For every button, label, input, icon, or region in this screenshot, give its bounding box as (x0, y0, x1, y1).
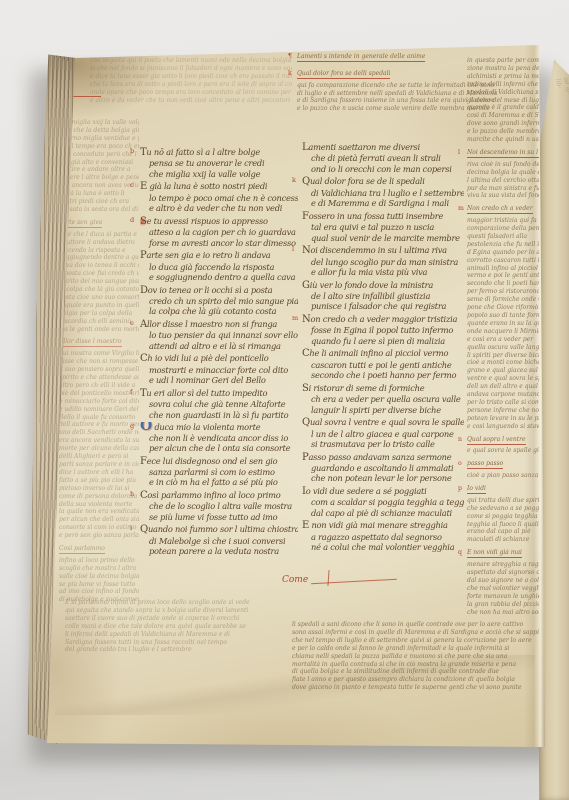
verse-line: attendi ad altro e ei là si rimanga (140, 341, 298, 351)
verse-line: cascaron tutti e poi le genti antiche (302, 360, 464, 370)
catchword-flourish-line (311, 579, 397, 585)
verse-line: qual suol venir de le marcite membre (302, 233, 464, 243)
verse-line: del lungo scoglio pur da man sinistra (302, 257, 464, 267)
gloss-line: valle cioè la decima bolgia (59, 573, 139, 581)
tercet: Parte sen gia e io retro li andavalo duc… (140, 250, 298, 282)
left-margin-gloss: che miglia xxij la valle volgecioè che l… (59, 119, 139, 617)
gloss-line: l auttore li andava dietro (59, 239, 139, 247)
verse-line: lo duca già faccendo la risposta (140, 262, 298, 272)
gloss-line: del grande caldo tra l luglio e l settem… (65, 646, 315, 654)
gloss-line: e dice la luna esser già sotto li loro p… (90, 73, 292, 81)
gloss-line: delli Alighieri e però si (59, 453, 139, 461)
verse-line: Lamenti saettaron me diversi (302, 142, 464, 153)
gloss-line: quante erano in su la quercia (467, 320, 539, 328)
gloss-line: erano dal capo al piè (467, 528, 539, 536)
verse-line: e soggiugnendo dentro a quella cava (140, 272, 298, 282)
verse-line: Se tu avessi rispuos io appresso (140, 216, 298, 227)
tercet: mNon credo ch a veder maggior tristiziaf… (302, 314, 464, 346)
gloss-lemma: Qual dolor fora se delli spedali (297, 70, 390, 79)
gloss-line: faccendo la risposta e (59, 247, 139, 255)
verse-line: E già la luna è sotto nostri piedi (140, 181, 298, 192)
gloss-line: seme di formiche onde Ovidio (467, 296, 539, 304)
gloss-line: pestolenzia che fu nell isola (467, 241, 539, 249)
gloss-line: potean levare in su le piante (467, 415, 539, 423)
gloss-line: piè del ponticello mostrarlo (59, 390, 139, 398)
tercet-reference-letter: h (130, 489, 134, 499)
verse-line: quando fu l aere sì pien di malizia (302, 336, 464, 346)
gloss-line: sono assai infermi e così in quelle di M… (292, 629, 539, 637)
verse-line: Noi discendemmo in su l ultima riva (302, 245, 464, 256)
tercet: Fece lui disdegnoso ond el sen giosanza … (140, 456, 298, 488)
gloss-block: in questa parte per comparazione mostra … (467, 57, 539, 144)
gloss-line: sì che nel fondo si puniscono li falsado… (90, 65, 292, 73)
tercet: lNoi discendemmo in su l ultima rivadel … (302, 245, 464, 277)
gloss-line: viva la sua vista del fondo (467, 192, 539, 200)
tercet-reference-letter: f (130, 387, 132, 397)
verse-initial: C (140, 353, 147, 364)
gloss-line: Sardigna fossero tutti in una fossa racc… (65, 639, 315, 647)
reference-letter: n (458, 436, 462, 444)
gloss-block: qE non vidi già maimenare stregghia a ra… (467, 549, 539, 616)
gloss-line: che nel tempo di luglio e di settembre q… (292, 637, 539, 645)
verse-initial: Q (302, 176, 310, 187)
gloss-line: saettare il cuore suo di pietade onde si… (65, 615, 315, 623)
verse-initial: C (302, 348, 309, 359)
verse-initial: P (302, 452, 308, 463)
gloss-line: spedali di Valdichiana si (467, 89, 539, 97)
gloss-line: popolo suo di tante formiche (467, 312, 539, 320)
verse-line: sovra colui che già tenne Altaforte (140, 399, 298, 409)
verse-initial: P (140, 250, 146, 261)
gloss-line: dice l auttore ch elli l ha (59, 469, 139, 477)
verse-line: Quando noi fummo sor l ultima chiostra (140, 524, 298, 535)
manuscript-photo: { "meta": { "description": "Photograph o… (0, 0, 569, 800)
gloss-line: ad imo cioè infino al fondo (59, 588, 139, 596)
gloss-line: spirito del mio sangue pianga (59, 278, 139, 286)
gloss-line: e già la luna è sotto li (59, 190, 139, 198)
tercet: gO duca mio la violenta morteche non li … (140, 422, 298, 453)
tercet-reference-letter: l (292, 244, 294, 254)
gloss-line: e minacciarlo forte col dito (59, 398, 139, 406)
gloss-lemma: Non credo ch a veder (467, 205, 533, 214)
gloss-line: disse che non si rompesse più (59, 358, 139, 366)
gloss-lemma: Noi descendemo in su l ultima (467, 149, 539, 158)
gloss-line: maculati di schianze (467, 536, 539, 544)
gloss-line: alchimisti e prima la molti (467, 73, 539, 81)
gloss-line: partire e andare oltre a (59, 166, 139, 174)
gloss-block: opasso passocioè a pian passo sanza serm… (467, 460, 539, 480)
verse-line: ch era a veder per quella oscura valle (302, 394, 464, 404)
verse-line: Ch io vidi lui a piè del ponticello (140, 353, 298, 364)
gloss-line: soggiugnendo dentro a quella (59, 254, 139, 262)
gloss-line: il quale era punito in quella (59, 302, 139, 310)
gloss-line: corrotto cascaron tutti li (467, 257, 539, 265)
gloss-line: li spiriti per diverse biche (467, 352, 539, 360)
gloss-line: e però sen gio sanza parlarmi (59, 532, 139, 540)
verse-line: la colpa che là giù cotanto costa (140, 306, 298, 316)
gloss-line: dove giaceno in pianto e tempesta tutte … (292, 684, 539, 692)
gloss-line: pone che Giove riformò il (467, 304, 539, 312)
gloss-line: nostri piedi cioè ch era (59, 198, 139, 206)
gloss-line: che sedevano a sé poggiati (467, 505, 539, 513)
gloss-lemma: Lamenti s intende in generale delle anim… (297, 53, 425, 62)
gloss-line: e per lo caldo onde si fanno le grandi i… (292, 645, 539, 653)
gloss-line: il suo pensiero sopra quello (59, 366, 139, 374)
gloss-line: menare stregghia a ragazzo (467, 561, 539, 569)
gloss-line: d Egina quando per lo aere (467, 249, 539, 257)
verse-initial: T (140, 147, 146, 158)
gloss-line: che non ha mai altro soccorso (467, 609, 539, 617)
gloss-line: marcite che quindi n uscia (467, 136, 539, 144)
verse-line: l un de l altro giacea e qual carpone (302, 429, 464, 439)
gloss-line: giaceno del mese di luglio (467, 97, 539, 105)
gloss-line: cioè a pian passo sanza sermone (467, 472, 539, 480)
verse-line: che non potean levar le lor persone (302, 473, 464, 483)
gloss-line: cava dov io tenea li occhi sì (59, 262, 139, 270)
gloss-line: forte menavan le unghie per (467, 593, 539, 601)
reference-letter: m (458, 205, 464, 213)
tercet: Giù ver lo fondo dove la ministrade l al… (302, 280, 464, 312)
verse-line: Che li animali infino al picciol vermo (302, 348, 464, 359)
gloss-lemma: Io vidi (467, 485, 486, 494)
verse-initial: F (302, 211, 309, 222)
reference-letter: q (458, 549, 462, 557)
verse-initial: E (302, 520, 309, 531)
verse-line: che de lo scoglio l altra valle mostra (140, 501, 298, 511)
gloss-block: Allor disse l maestroqui mostra come Vir… (59, 338, 139, 540)
verse-initial: S (302, 383, 309, 394)
text-column-2: Lamenti saettaron me diversiche di pietà… (302, 142, 464, 544)
tercet: E non vidi già mai menare stregghiaa rag… (302, 520, 464, 552)
gloss-line: e altro è da veder che tu non vedi cioè … (90, 97, 292, 105)
tercet: eAllor disse l maestro non si frangalo t… (140, 319, 298, 351)
gloss-line: e lo puzzo delle membra (467, 128, 539, 136)
verse-line: Fece lui disdegnoso ond el sen gio (140, 456, 298, 467)
gloss-line: l ultima del cerchio ottavo (467, 177, 539, 185)
gloss-line: partì sanza parlare e in ciò (59, 461, 139, 469)
verse-line: Giù ver lo fondo dove la ministra (302, 280, 464, 291)
gloss-line: costa cioè uno suo consorto (59, 294, 139, 302)
tercet: Dov io tenea or li occhi sì a postacredo… (140, 285, 298, 317)
verse-line: Allor disse l maestro non si franga (140, 319, 298, 330)
gloss-line: e così era a veder per (467, 336, 539, 344)
gloss-line: dell un dell altro e qual (467, 383, 539, 391)
gloss-block: nQual sopra l ventree qual sovra le spal… (467, 436, 539, 456)
gloss-line: qui mostra come Virgilio li (59, 350, 139, 358)
gloss-line: qui tratta delli due spiriti (467, 497, 539, 505)
gloss-line: spirito e che attendesse ad (59, 374, 139, 382)
verse-line: Si ristorar di seme di formiche (302, 383, 464, 394)
gloss-line: per fermo si ristorarono di (467, 288, 539, 296)
top-gloss-left: che seguita qui il poeta che lamenti nuo… (90, 57, 292, 107)
gloss-line: a posta cioè fisi credo ch uno (59, 270, 139, 278)
verse-initial: I (302, 486, 306, 497)
verse-line: tal era quivi e tal puzzo n uscia (302, 222, 464, 232)
tercet-reference-letter: k (292, 175, 296, 185)
gloss-line: vermo e poi le genti antiche (467, 272, 539, 280)
verse-line: pensa se tu anoverar le credi (140, 158, 298, 168)
gloss-line: morte per alcuno della casa (59, 445, 139, 453)
verse-line: che non guardasti in là sì fu partito (140, 410, 298, 420)
tercet: hCosì parlammo infino al loco primoche d… (140, 490, 298, 522)
verse-line: Dov io tenea or li occhi sì a posta (140, 285, 298, 296)
verse-initial: Q (302, 417, 310, 428)
gloss-block: mNon credo ch a vedermaggior tristizia q… (467, 205, 539, 430)
gloss-line: scoglio che mostra l altra (59, 565, 139, 573)
tercet-reference-letter: d (130, 215, 134, 225)
verse-initial: C (140, 490, 147, 501)
verse-line: forse m avresti ancor lo star dimesso (140, 238, 298, 248)
verse-line: sanza parlarmi sì com io estimo (140, 467, 298, 477)
gloss-line: secondo che li poeti hanno (467, 280, 539, 288)
verse-line: se più lume vi fosse tutto ad imo (140, 512, 298, 522)
gloss-line: persone inferme che non si (467, 407, 539, 415)
gloss-block: Così parlammoinfino al loco primo dellos… (59, 545, 139, 604)
verse-line: per alcun che de l onta sia consorte (140, 443, 298, 453)
gloss-line: era ancora vendicata la sua (59, 437, 139, 445)
gloss-line: la quale non era vendicata (59, 508, 139, 516)
verse-line: e di Maremma e di Sardigna i mali (302, 198, 464, 208)
gloss-line: la colpa che là giù cotanto (59, 286, 139, 294)
tercet: bTu nō ai fatto sì a l altre bolgepensa … (140, 147, 298, 179)
bottom-gloss-left: E sì parlammo infino al primo loco dello… (65, 599, 315, 659)
reference-letter: p (458, 485, 462, 493)
gloss-line: dal suo signore né a colui (467, 577, 539, 585)
verse-line: e allor fu la mia vista più viva (302, 267, 464, 277)
gloss-line: zione mostra la pena delli (467, 65, 539, 73)
tercet: cE già la luna è sotto nostri piedilo te… (140, 181, 298, 213)
tercet-reference-letter: i (130, 523, 132, 533)
catchword-flourish-tick (327, 570, 329, 586)
gloss-line: infino al loco primo dello (59, 557, 139, 565)
verse-line: guardando e ascoltando li ammalati (302, 463, 464, 473)
gloss-line: Bello il quale fu consorto (59, 414, 139, 422)
verse-initial: N (302, 314, 311, 325)
verse-line: de l alto sire infallibil giustizia (302, 291, 464, 301)
gloss-line: per alcun che dell onta sia (59, 516, 139, 524)
gloss-block: pIo vidiqui tratta delli due spiritiche … (467, 485, 539, 544)
gloss-line: e così languendo si stavano (467, 423, 539, 431)
verse-line: atteso a la cagion per ch io guardava (140, 227, 298, 237)
right-margin-gloss: in questa parte per comparazione mostra … (467, 57, 539, 629)
verse-line: punisce i falsador che qui registra (302, 301, 464, 311)
tercet: Che li animali infino al picciol vermoca… (302, 348, 464, 380)
verse-initial: S (140, 216, 147, 227)
verse-line: dal capo al piè di schianze maculati (302, 508, 464, 518)
gloss-line: tra le genti onde era morto (59, 326, 139, 334)
tercet: Lamenti saettaron me diversiche di pietà… (302, 142, 464, 174)
verse-line: Passo passo andavam sanza sermone (302, 452, 464, 463)
verse-line: languir li spirti per diverse biche (302, 405, 464, 415)
tercet: kQual dolor fora se de li spedalidi Vald… (302, 176, 464, 208)
verse-initial: F (140, 456, 147, 467)
reference-letter: ¶ (288, 53, 292, 61)
tercet-reference-letter: m (292, 313, 298, 323)
gloss-line: animali infino al picciol (467, 265, 539, 273)
gloss-line: li infermi delli spedali di Valdichiana … (65, 631, 315, 639)
verse-initial: L (302, 142, 308, 153)
verse-line: Tu nō ai fatto sì a l altre bolge (140, 147, 298, 158)
tercet: iQuando noi fummo sor l ultima chiostrad… (140, 524, 298, 556)
tercet: Si ristorar di seme di formichech era a … (302, 383, 464, 415)
verse-initial: G (302, 280, 310, 291)
catchword-rubric: Come (282, 575, 308, 585)
tercet-reference-letter: c (130, 180, 133, 190)
gloss-line: comparazione della pena di (467, 225, 539, 233)
verse-initial: T (140, 388, 146, 399)
gloss-line: bolgia per la colpa della (59, 310, 139, 318)
gloss-line: andava carpone mutandosi (467, 391, 539, 399)
text-column-1: bTu nō ai fatto sì a l altre bolgepensa … (140, 147, 298, 549)
tercet-reference-letter: e (130, 318, 134, 328)
verse-initial: A (140, 319, 147, 330)
verse-line: Non credo ch a veder maggior tristizia (302, 314, 464, 325)
verse-line: che miglia xxij la valle volge (140, 169, 298, 179)
photo-backdrop: ad ql· lib· che seguita qui il poeta che… (0, 0, 569, 800)
tercet: Ch io vidi lui a piè del ponticellomostr… (140, 353, 298, 385)
gloss-line: decima bolgia la quale è (467, 169, 539, 177)
gloss-line: colle mani e dice che tale dolore era qu… (65, 623, 315, 631)
tercet: Fossero in una fossa tutti insembretal e… (302, 211, 464, 243)
gloss-line: tudine delli infermi che nelli (467, 81, 539, 89)
verse-line: di Malebolge sì che i suoi conversi (140, 536, 298, 546)
gloss-line: cioè che l duca si partia e (59, 231, 139, 239)
gloss-line: della sua violenta morte (59, 501, 139, 509)
verse-line: e in ciò m ha el fatto a sé più pio (140, 477, 298, 487)
gloss-line: questi falsadori alla (467, 233, 539, 241)
gloss-line: mortalità in quella contrada sì che in c… (292, 661, 539, 669)
gloss-line: ché la luna era di sotto a piedi loro e … (90, 81, 292, 89)
gloss-line: era già alto e conveniasi (59, 159, 139, 167)
verse-line: si trasmutava per lo tristo calle (302, 439, 464, 449)
gloss-line: uno delli Sacchetti onde non (59, 429, 139, 437)
gloss-line: pietoso inverso di lui sì (59, 485, 139, 493)
verse-initial: D (140, 285, 148, 296)
gloss-line: ventre e qual sovra le spalle (467, 375, 539, 383)
reference-letter: l (458, 149, 460, 157)
gloss-line: che ancora non avea vedute (59, 182, 139, 190)
gloss-line: se più lume vi fosse tutto (59, 581, 139, 589)
verse-initial: O (140, 422, 152, 432)
gloss-line: discordia ch elli seminò (59, 318, 139, 326)
bottom-gloss-right: li spedali a sani dicono che li sono in … (292, 621, 539, 699)
verse-line: secondo che i poeti hanno per fermo (302, 370, 464, 380)
gloss-lemma: E non vidi già mai (467, 549, 522, 558)
verse-line: ond io li orecchi con le man copersi (302, 164, 464, 174)
gloss-line: pur da man sinistra e fu sì (467, 185, 539, 193)
gloss-line: li spedali a sani dicono che li sono in … (292, 621, 539, 629)
gloss-block: lNoi descendemo in su l ultimariva cioè … (467, 149, 539, 200)
gloss-line: quella oscura valle languire (467, 344, 539, 352)
verse-line: Così parlammo infino al loco primo (140, 490, 298, 501)
verse-line: mostrarti e minacciar forte col dito (140, 365, 298, 375)
gloss-line: qui seguita che stando sopra la x bolgia… (65, 607, 315, 615)
verse-line: di Valdichiana tra l luglio e l settembr… (302, 188, 464, 198)
gloss-line: onde apare che poco tempo era loro conce… (90, 89, 292, 97)
gloss-line: che seguita qui il poeta che lamenti nuo… (90, 57, 292, 65)
gloss-line: tegghia al fuoco li quali (467, 521, 539, 529)
verse-line: Qual sovra l ventre e qual sovra le spal… (302, 417, 464, 428)
gloss-line: fiate l anno e per questo assempro dichi… (292, 676, 539, 684)
gloss-line: come si poggia tegghia a (467, 513, 539, 521)
gloss-line: vedere l altre bolge e pene (59, 174, 139, 182)
gloss-line: altro però ch elli il vide a (59, 382, 139, 390)
verse-line: e udi l nominar Geri del Bello (140, 375, 298, 385)
gloss-lemma: Qual sopra l ventre (467, 436, 526, 445)
gloss-line: passata la sesta ora del dì (59, 206, 139, 214)
verse-line: E non vidi già mai menare stregghia (302, 520, 464, 531)
gloss-line: e qual sovra le spalle giacea (467, 447, 539, 455)
verse-line: Fossero in una fossa tutti insembre (302, 211, 464, 222)
reference-letter: o (458, 460, 462, 468)
facing-leaf-showthrough: ad ql· lib· (543, 77, 569, 101)
gloss-lemma: Così parlammo (59, 545, 105, 554)
verse-line: fosse in Egina il popol tutto infermo (302, 325, 464, 335)
verse-initial: Q (140, 524, 148, 535)
verse-line: O duca mio la violenta morte (140, 422, 298, 432)
manuscript-page: che seguita qui il poeta che lamenti nuo… (45, 43, 546, 751)
tercet-reference-letter: b (130, 146, 134, 156)
verse-line: Qual dolor fora se de li spedali (302, 176, 464, 187)
gloss-line: maggior tristizia qui fa (467, 217, 539, 225)
verse-line: com a scaldar si poggia tegghia a tegghi… (302, 497, 464, 507)
gloss-line: consorte sì com io estimo (59, 524, 139, 532)
gloss-line: la gran rabbia del pizzicore (467, 601, 539, 609)
gloss-line: dove sono grandi infermitadi (467, 120, 539, 128)
gloss-line: cioè a monti come biche di (467, 359, 539, 367)
gloss-block: Parte sen givacioè che l duca si partia … (59, 219, 139, 334)
verse-initial: E (140, 181, 147, 192)
verse-line: potean parere a la veduta nostra (140, 546, 298, 556)
gloss-line: fatto a sé più pio cioè più (59, 477, 139, 485)
verse-line: che di pietà ferrati avean li strali (302, 153, 464, 163)
gloss-line: dell auttore e fu morto per (59, 421, 139, 429)
gloss-line: chiama nelli spedali la puzza pallida e … (292, 653, 539, 661)
reference-letter: k (288, 70, 292, 78)
verse-line: Tu eri allor sì del tutto impedito (140, 388, 298, 399)
verse-line: che non li è vendicata ancor diss io (140, 433, 298, 443)
gloss-line: di quella bolgia e la similitudine delli… (292, 668, 539, 676)
verse-line: a ragazzo aspettato dal segnorso (302, 532, 464, 542)
gloss-line: come di persona dolorosa (59, 493, 139, 501)
tercet: Qual sovra l ventre e qual sovra le spal… (302, 417, 464, 449)
gloss-line: in questa parte per compara (467, 57, 539, 65)
gloss-line: e udillo nominare Geri del (59, 406, 139, 414)
gloss-line: onde nacquero li Mirmidoni (467, 328, 539, 336)
gloss-line: per lo tristo calle sì come (467, 399, 539, 407)
verse-line: Io vidi due sedere a sé poggiati (302, 486, 464, 497)
gloss-line: che mal volontier vegghia sì (467, 585, 539, 593)
verse-line: lo tuo pensier da qui innanzi sovr ello (140, 330, 298, 340)
tercet-reference-letter: g (130, 421, 134, 431)
verse-line: Parte sen gia e io retro li andava (140, 250, 298, 261)
tercet: dSe tu avessi rispuos io appressoatteso … (140, 216, 298, 248)
verse-line: lo tempo è poco omai che n è concesso (140, 193, 298, 203)
gloss-line: così di Maremma e di Sardigna (467, 112, 539, 120)
verse-initial: N (302, 245, 311, 256)
verse-line: e altro è da veder che tu non vedi (140, 203, 298, 213)
gloss-line: riva cioè in sul fondo della (467, 161, 539, 169)
tercet: Io vidi due sedere a sé poggiaticom a sc… (302, 486, 464, 518)
gloss-lemma: Allor disse l maestro (59, 338, 122, 347)
tercet: fTu eri allor sì del tutto impeditosovra… (140, 388, 298, 420)
verse-line: credo ch un spirto del mio sangue pianga (140, 296, 298, 306)
gloss-line: aspettato dal signorso cioè (467, 569, 539, 577)
gloss-line: E sì parlammo infino al primo loco dello… (65, 599, 315, 607)
gloss-line: grano e qual giacea sul (467, 367, 539, 375)
gloss-line: quando è il grande caldo e (467, 104, 539, 112)
verse-line: né a colui che mal volontier vegghia (302, 542, 464, 552)
